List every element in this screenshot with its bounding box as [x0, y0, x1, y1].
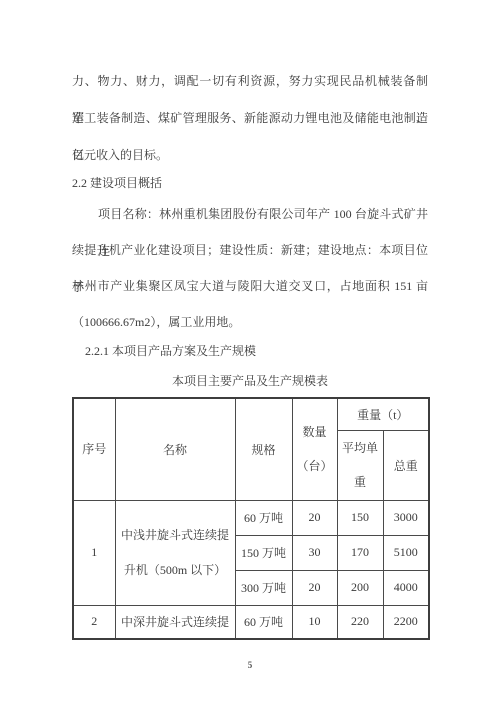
document-page: 力、物力、财力，调配一切有利资源，努力实现民品机械装备制造、 军工装备制造、煤矿…: [0, 0, 500, 707]
cell-serial-no: 2: [73, 605, 115, 639]
cell-total-weight: 4000: [383, 570, 429, 605]
header-name: 名称: [115, 398, 235, 500]
table-row: 1 中浅井旋斗式连续提 升机（500m 以下） 60 万吨 20 150 300…: [73, 500, 429, 535]
header-serial-no: 序号: [73, 398, 115, 500]
cell-spec: 150 万吨: [235, 535, 292, 570]
cell-quantity: 10: [292, 605, 337, 639]
cell-quantity: 20: [292, 570, 337, 605]
header-quantity: 数量 （台）: [292, 398, 337, 500]
products-table: 序号 名称 规格 数量 （台） 重量（t） 平均单 重 总重 1 中浅井旋斗式连…: [72, 397, 430, 640]
header-total-weight: 总重: [383, 430, 429, 500]
header-spec: 规格: [235, 398, 292, 500]
cell-total-weight: 2200: [383, 605, 429, 639]
cell-serial-no: 1: [73, 500, 115, 605]
cell-spec: 60 万吨: [235, 605, 292, 639]
table-row: 2 中深井旋斗式连续提 60 万吨 10 220 2200: [73, 605, 429, 639]
cell-quantity: 30: [292, 535, 337, 570]
paragraph-project-line-3: 林州市产业集聚区凤宝大道与陵阳大道交叉口，占地面积 151 亩: [72, 268, 428, 305]
page-number: 5: [0, 660, 500, 670]
header-weight: 重量（t）: [337, 398, 429, 430]
cell-total-weight: 3000: [383, 500, 429, 535]
cell-product-name: 中深井旋斗式连续提: [115, 605, 235, 639]
cell-quantity: 20: [292, 500, 337, 535]
header-avg-unit-weight: 平均单 重: [337, 430, 383, 500]
cell-product-name: 中浅井旋斗式连续提 升机（500m 以下）: [115, 500, 235, 605]
cell-unit-weight: 220: [337, 605, 383, 639]
cell-spec: 300 万吨: [235, 570, 292, 605]
cell-unit-weight: 200: [337, 570, 383, 605]
table-caption: 本项目主要产品及生产规模表: [72, 363, 428, 400]
cell-total-weight: 5100: [383, 535, 429, 570]
cell-spec: 60 万吨: [235, 500, 292, 535]
cell-unit-weight: 170: [337, 535, 383, 570]
cell-unit-weight: 150: [337, 500, 383, 535]
